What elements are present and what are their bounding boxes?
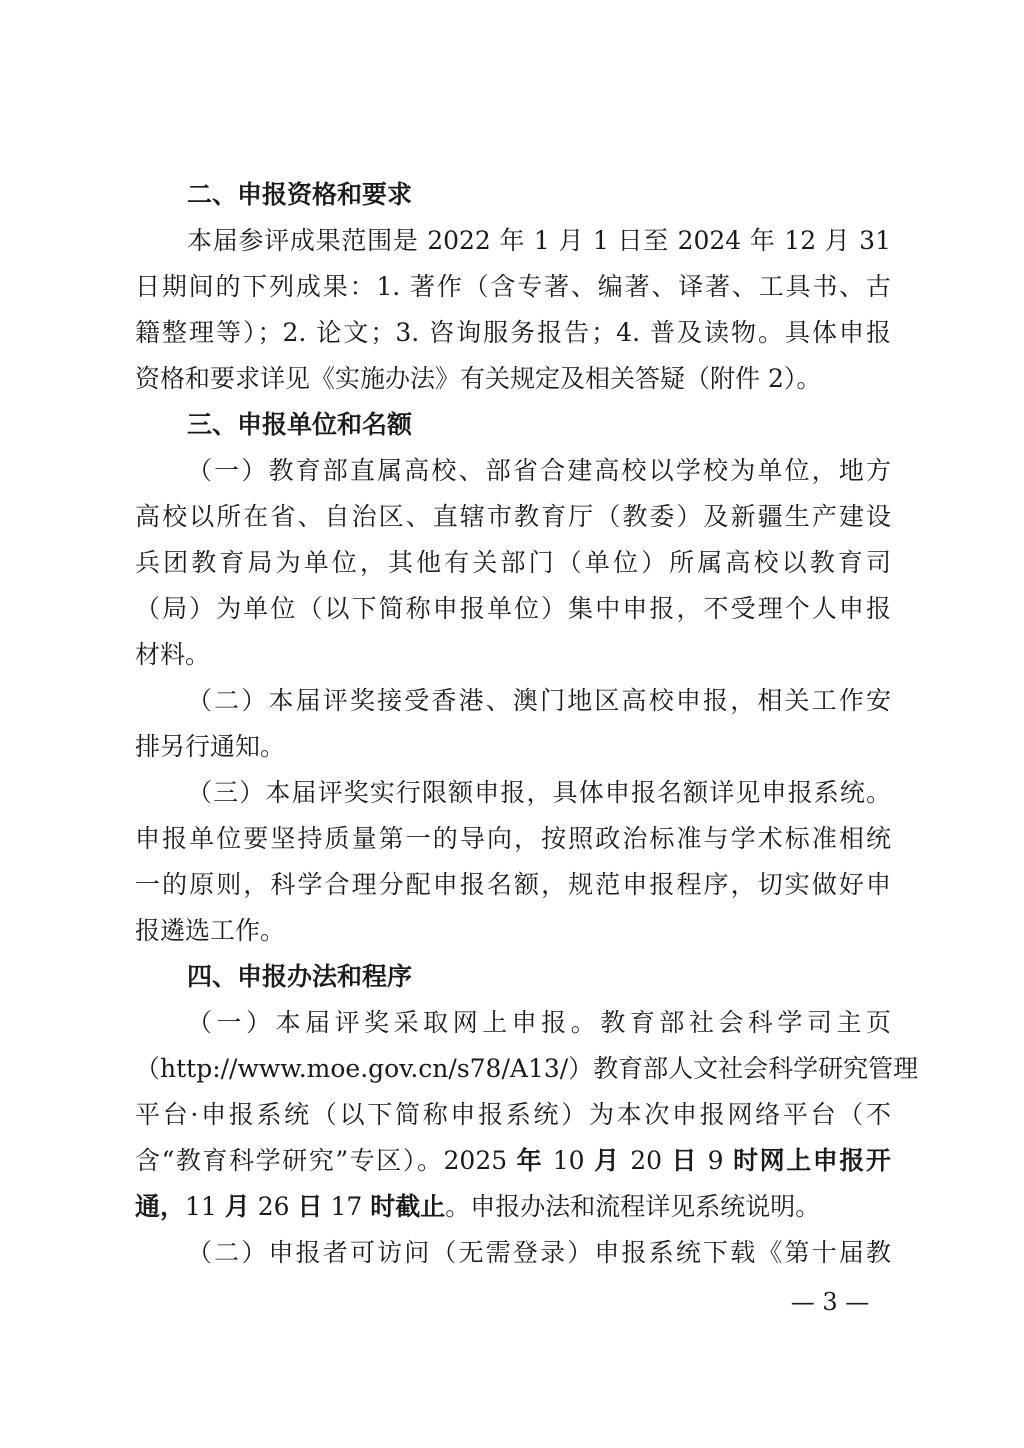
text-span: 17	[323, 1192, 371, 1221]
paragraph-line: （一）本届评奖采取网上申报。教育部社会科学司主页	[135, 1000, 891, 1046]
section-heading-4: 四、申报办法和程序	[135, 954, 891, 1000]
bold-span: 月	[594, 1146, 621, 1175]
bold-span: 时网上申报开	[733, 1146, 891, 1175]
text-span: 26	[250, 1192, 298, 1221]
url-line: （http://www.moe.gov.cn/s78/A13/）教育部人文社会科…	[135, 1046, 891, 1092]
paragraph-line: （三）本届评奖实行限额申报，具体申报名额详见申报系统。	[135, 770, 891, 816]
text-span: 20	[621, 1146, 672, 1175]
paragraph-line: 籍整理等）；2. 论文；3. 咨询服务报告；4. 普及读物。具体申报	[135, 310, 891, 356]
bold-span: 时截止	[370, 1192, 445, 1221]
paragraph-line: 材料。	[135, 632, 891, 678]
bold-span: 日	[672, 1146, 699, 1175]
paragraph-line: 本届参评成果范围是 2022 年 1 月 1 日至 2024 年 12 月 31	[135, 218, 891, 264]
document-page: 二、申报资格和要求 本届参评成果范围是 2022 年 1 月 1 日至 2024…	[135, 172, 891, 1276]
paragraph-line: 申报单位要坚持质量第一的导向，按照政治标准与学术标准相统	[135, 816, 891, 862]
text-span: 11	[185, 1192, 225, 1221]
paragraph-line: 排另行通知。	[135, 724, 891, 770]
deadline-line-close: 通，11 月 26 日 17 时截止。申报办法和流程详见系统说明。	[135, 1184, 891, 1230]
bold-span: 日	[298, 1192, 323, 1221]
paragraph-line: （二）本届评奖接受香港、澳门地区高校申报，相关工作安	[135, 678, 891, 724]
page-number: — 3 —	[760, 1288, 900, 1316]
paragraph-line: 高校以所在省、自治区、直辖市教育厅（教委）及新疆生产建设	[135, 494, 891, 540]
paragraph-line: （一）教育部直属高校、部省合建高校以学校为单位，地方	[135, 448, 891, 494]
section-heading-3: 三、申报单位和名额	[135, 402, 891, 448]
paragraph-line: 一的原则，科学合理分配申报名额，规范申报程序，切实做好申	[135, 862, 891, 908]
deadline-line-open: 含“教育科学研究”专区）。2025 年 10 月 20 日 9 时网上申报开	[135, 1138, 891, 1184]
bold-span: 通，	[135, 1192, 185, 1221]
text-span: 含“教育科学研究”专区）。2025	[135, 1146, 517, 1175]
paragraph-line: （二）申报者可访问（无需登录）申报系统下载《第十届教	[135, 1230, 891, 1276]
paragraph-line: 兵团教育局为单位，其他有关部门（单位）所属高校以教育司	[135, 540, 891, 586]
text-span: 。申报办法和流程详见系统说明。	[445, 1192, 820, 1221]
section-heading-2: 二、申报资格和要求	[135, 172, 891, 218]
text-span: 9	[698, 1146, 733, 1175]
paragraph-line: （局）为单位（以下简称申报单位）集中申报，不受理个人申报	[135, 586, 891, 632]
bold-span: 月	[225, 1192, 250, 1221]
text-span: 10	[543, 1146, 594, 1175]
paragraph-line: 平台·申报系统（以下简称申报系统）为本次申报网络平台（不	[135, 1092, 891, 1138]
paragraph-line: 报遴选工作。	[135, 908, 891, 954]
paragraph-line: 日期间的下列成果：1. 著作（含专著、编著、译著、工具书、古	[135, 264, 891, 310]
paragraph-line: 资格和要求详见《实施办法》有关规定及相关答疑（附件 2）。	[135, 356, 891, 402]
bold-span: 年	[517, 1146, 544, 1175]
